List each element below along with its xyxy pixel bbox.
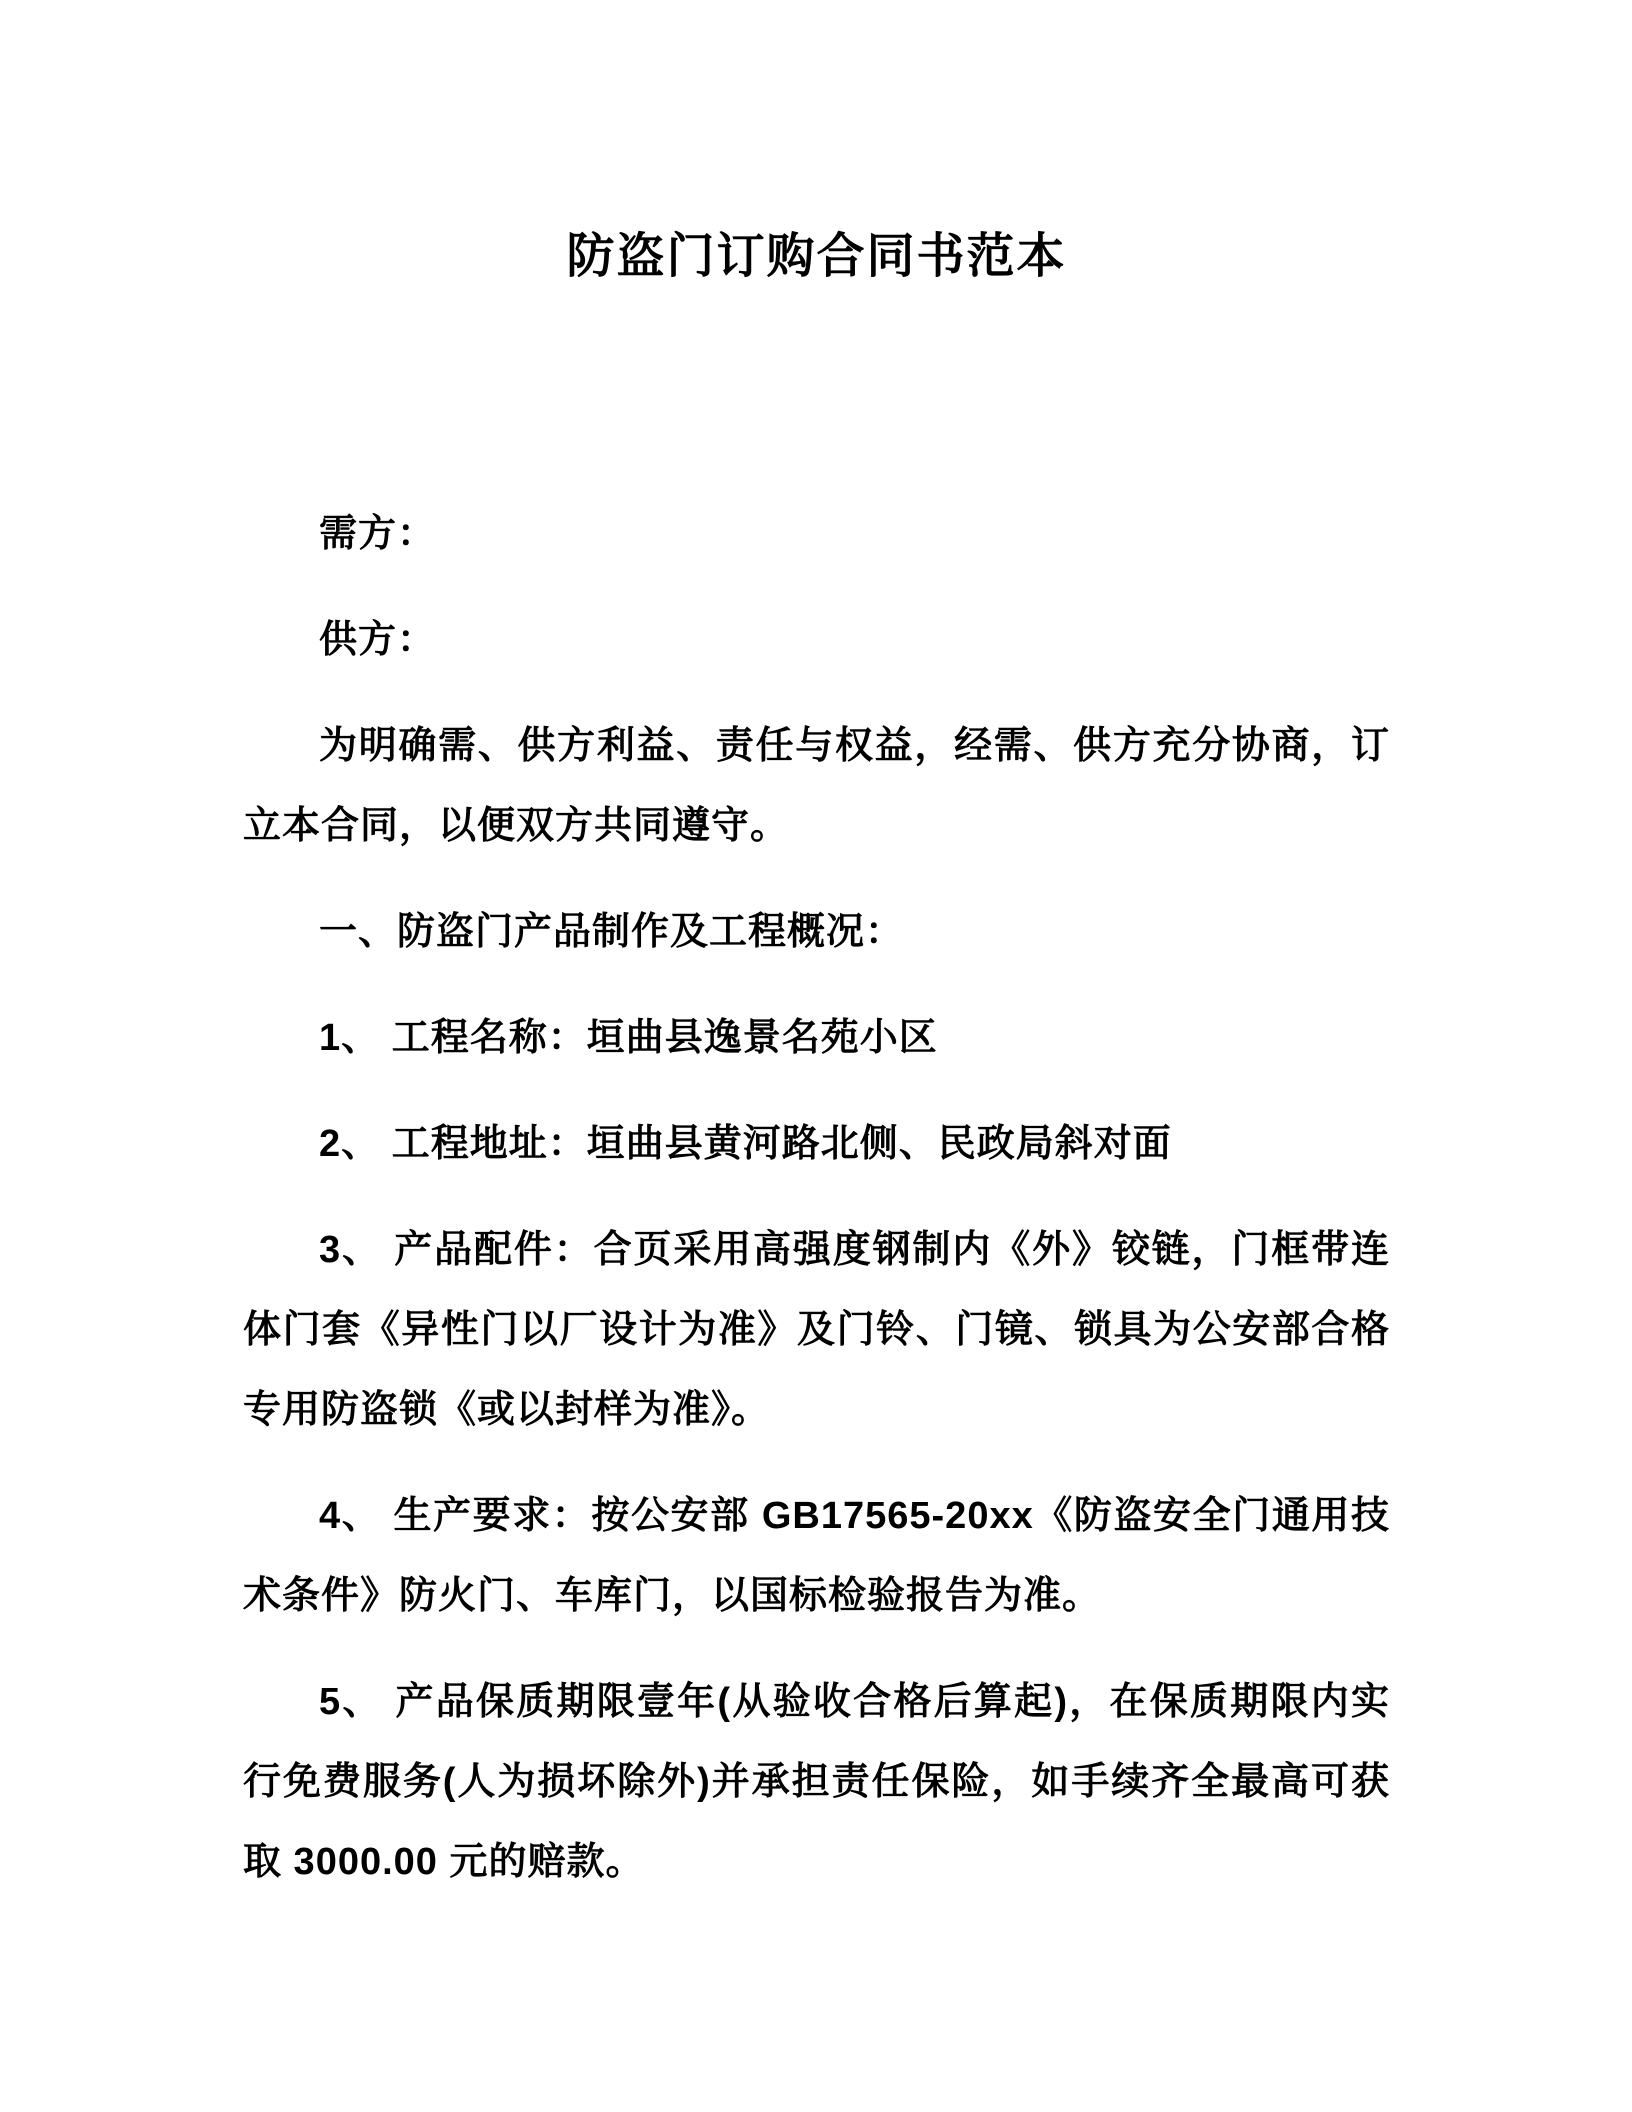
paragraph-buyer-line: 需方： <box>243 494 1390 574</box>
paragraph-intro: 为明确需、供方利益、责任与权益，经需、供方充分协商，订立本合同，以便双方共同遵守… <box>243 706 1390 866</box>
paragraph-item-2-project-address: 2、 工程地址：垣曲县黄河路北侧、民政局斜对面 <box>243 1104 1390 1184</box>
document-page: 防盗门订购合同书范本 需方： 供方： 为明确需、供方利益、责任与权益，经需、供方… <box>0 0 1632 2112</box>
paragraph-item-1-project-name: 1、 工程名称：垣曲县逸景名苑小区 <box>243 998 1390 1078</box>
document-body: 需方： 供方： 为明确需、供方利益、责任与权益，经需、供方充分协商，订立本合同，… <box>243 494 1390 1902</box>
paragraph-item-3-product-accessories: 3、 产品配件：合页采用高强度钢制内《外》铰链，门框带连体门套《异性门以厂设计为… <box>243 1210 1390 1450</box>
document-title: 防盗门订购合同书范本 <box>243 228 1390 286</box>
paragraph-section-1-heading: 一、防盗门产品制作及工程概况： <box>243 892 1390 972</box>
paragraph-supplier-line: 供方： <box>243 600 1390 680</box>
paragraph-item-4-production-requirements: 4、 生产要求：按公安部 GB17565-20xx《防盗安全门通用技术条件》防火… <box>243 1476 1390 1636</box>
paragraph-item-5-warranty: 5、 产品保质期限壹年(从验收合格后算起)，在保质期限内实行免费服务(人为损坏除… <box>243 1662 1390 1902</box>
